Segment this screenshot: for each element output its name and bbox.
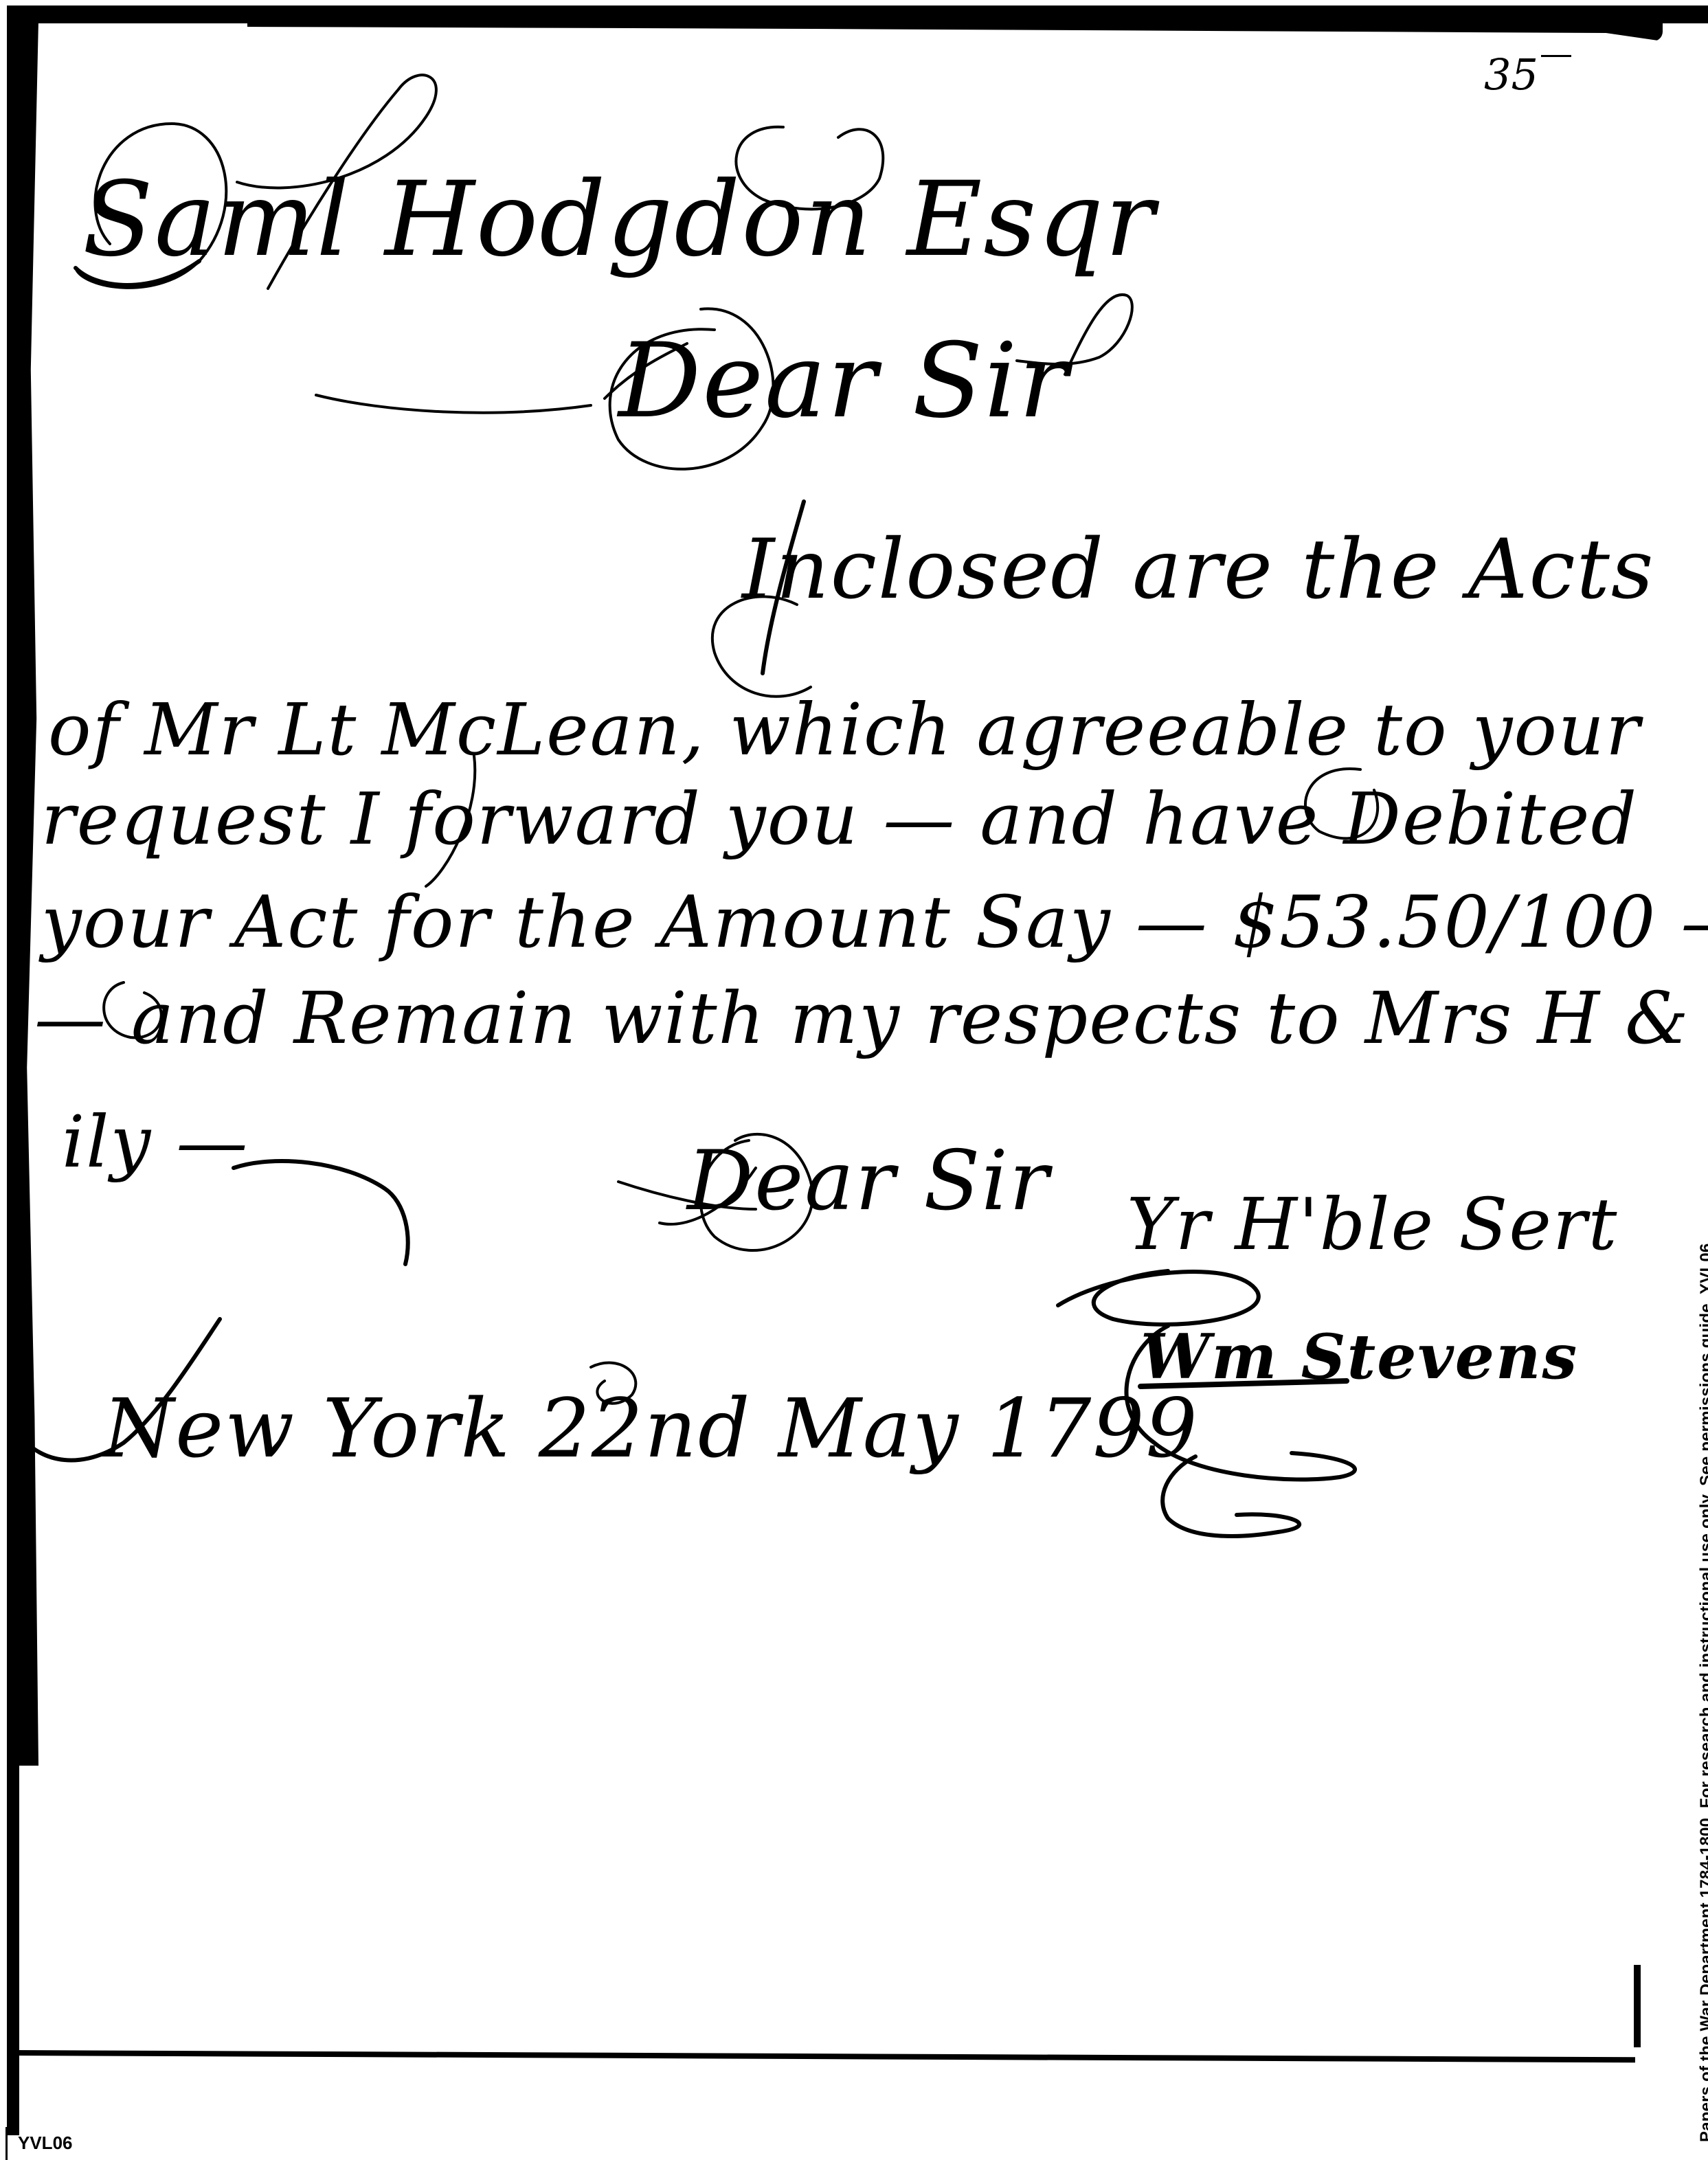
archive-side-label: Papers of the War Department 1784-1800. … — [1697, 1244, 1708, 2142]
body-line-5: — and Remain with my respects to Mrs H &… — [34, 982, 1708, 1054]
scan-border-top-shadow — [247, 21, 1663, 41]
page-right-edge — [1634, 1965, 1641, 2047]
scanned-letter-page: 35 — [0, 0, 1708, 2160]
archive-bottom-label: YVL06 — [18, 2133, 73, 2154]
page-number-text: 35 — [1484, 49, 1538, 100]
closing: Dear Sir — [687, 1140, 1050, 1223]
scan-border-left-shadow — [19, 21, 38, 1766]
signature: Wm Stevens — [1140, 1326, 1578, 1388]
addressee-line: Saml Hodgdon Esqr — [82, 168, 1156, 271]
page-bottom-edge — [14, 2050, 1635, 2062]
closing-phrase: Yr H'ble Sert — [1127, 1189, 1618, 1260]
dateline: New York 22nd May 1799 — [103, 1388, 1199, 1469]
salutation: Dear Sir — [618, 330, 1069, 433]
page-number: 35 — [1484, 49, 1571, 100]
body-line-6: ily — — [62, 1106, 249, 1178]
body-line-3: request I forward you — and have Debited — [41, 783, 1638, 855]
scan-border-left — [7, 5, 19, 2135]
body-line-1: Inclosed are the Acts — [742, 529, 1654, 611]
body-line-4: your Act for the Amount Say — $53.50/100… — [41, 886, 1708, 958]
page-number-dash — [1541, 55, 1571, 57]
body-line-2: of Mr Lt McLean, which agreeable to your — [48, 694, 1641, 765]
label-bracket — [5, 2127, 16, 2160]
